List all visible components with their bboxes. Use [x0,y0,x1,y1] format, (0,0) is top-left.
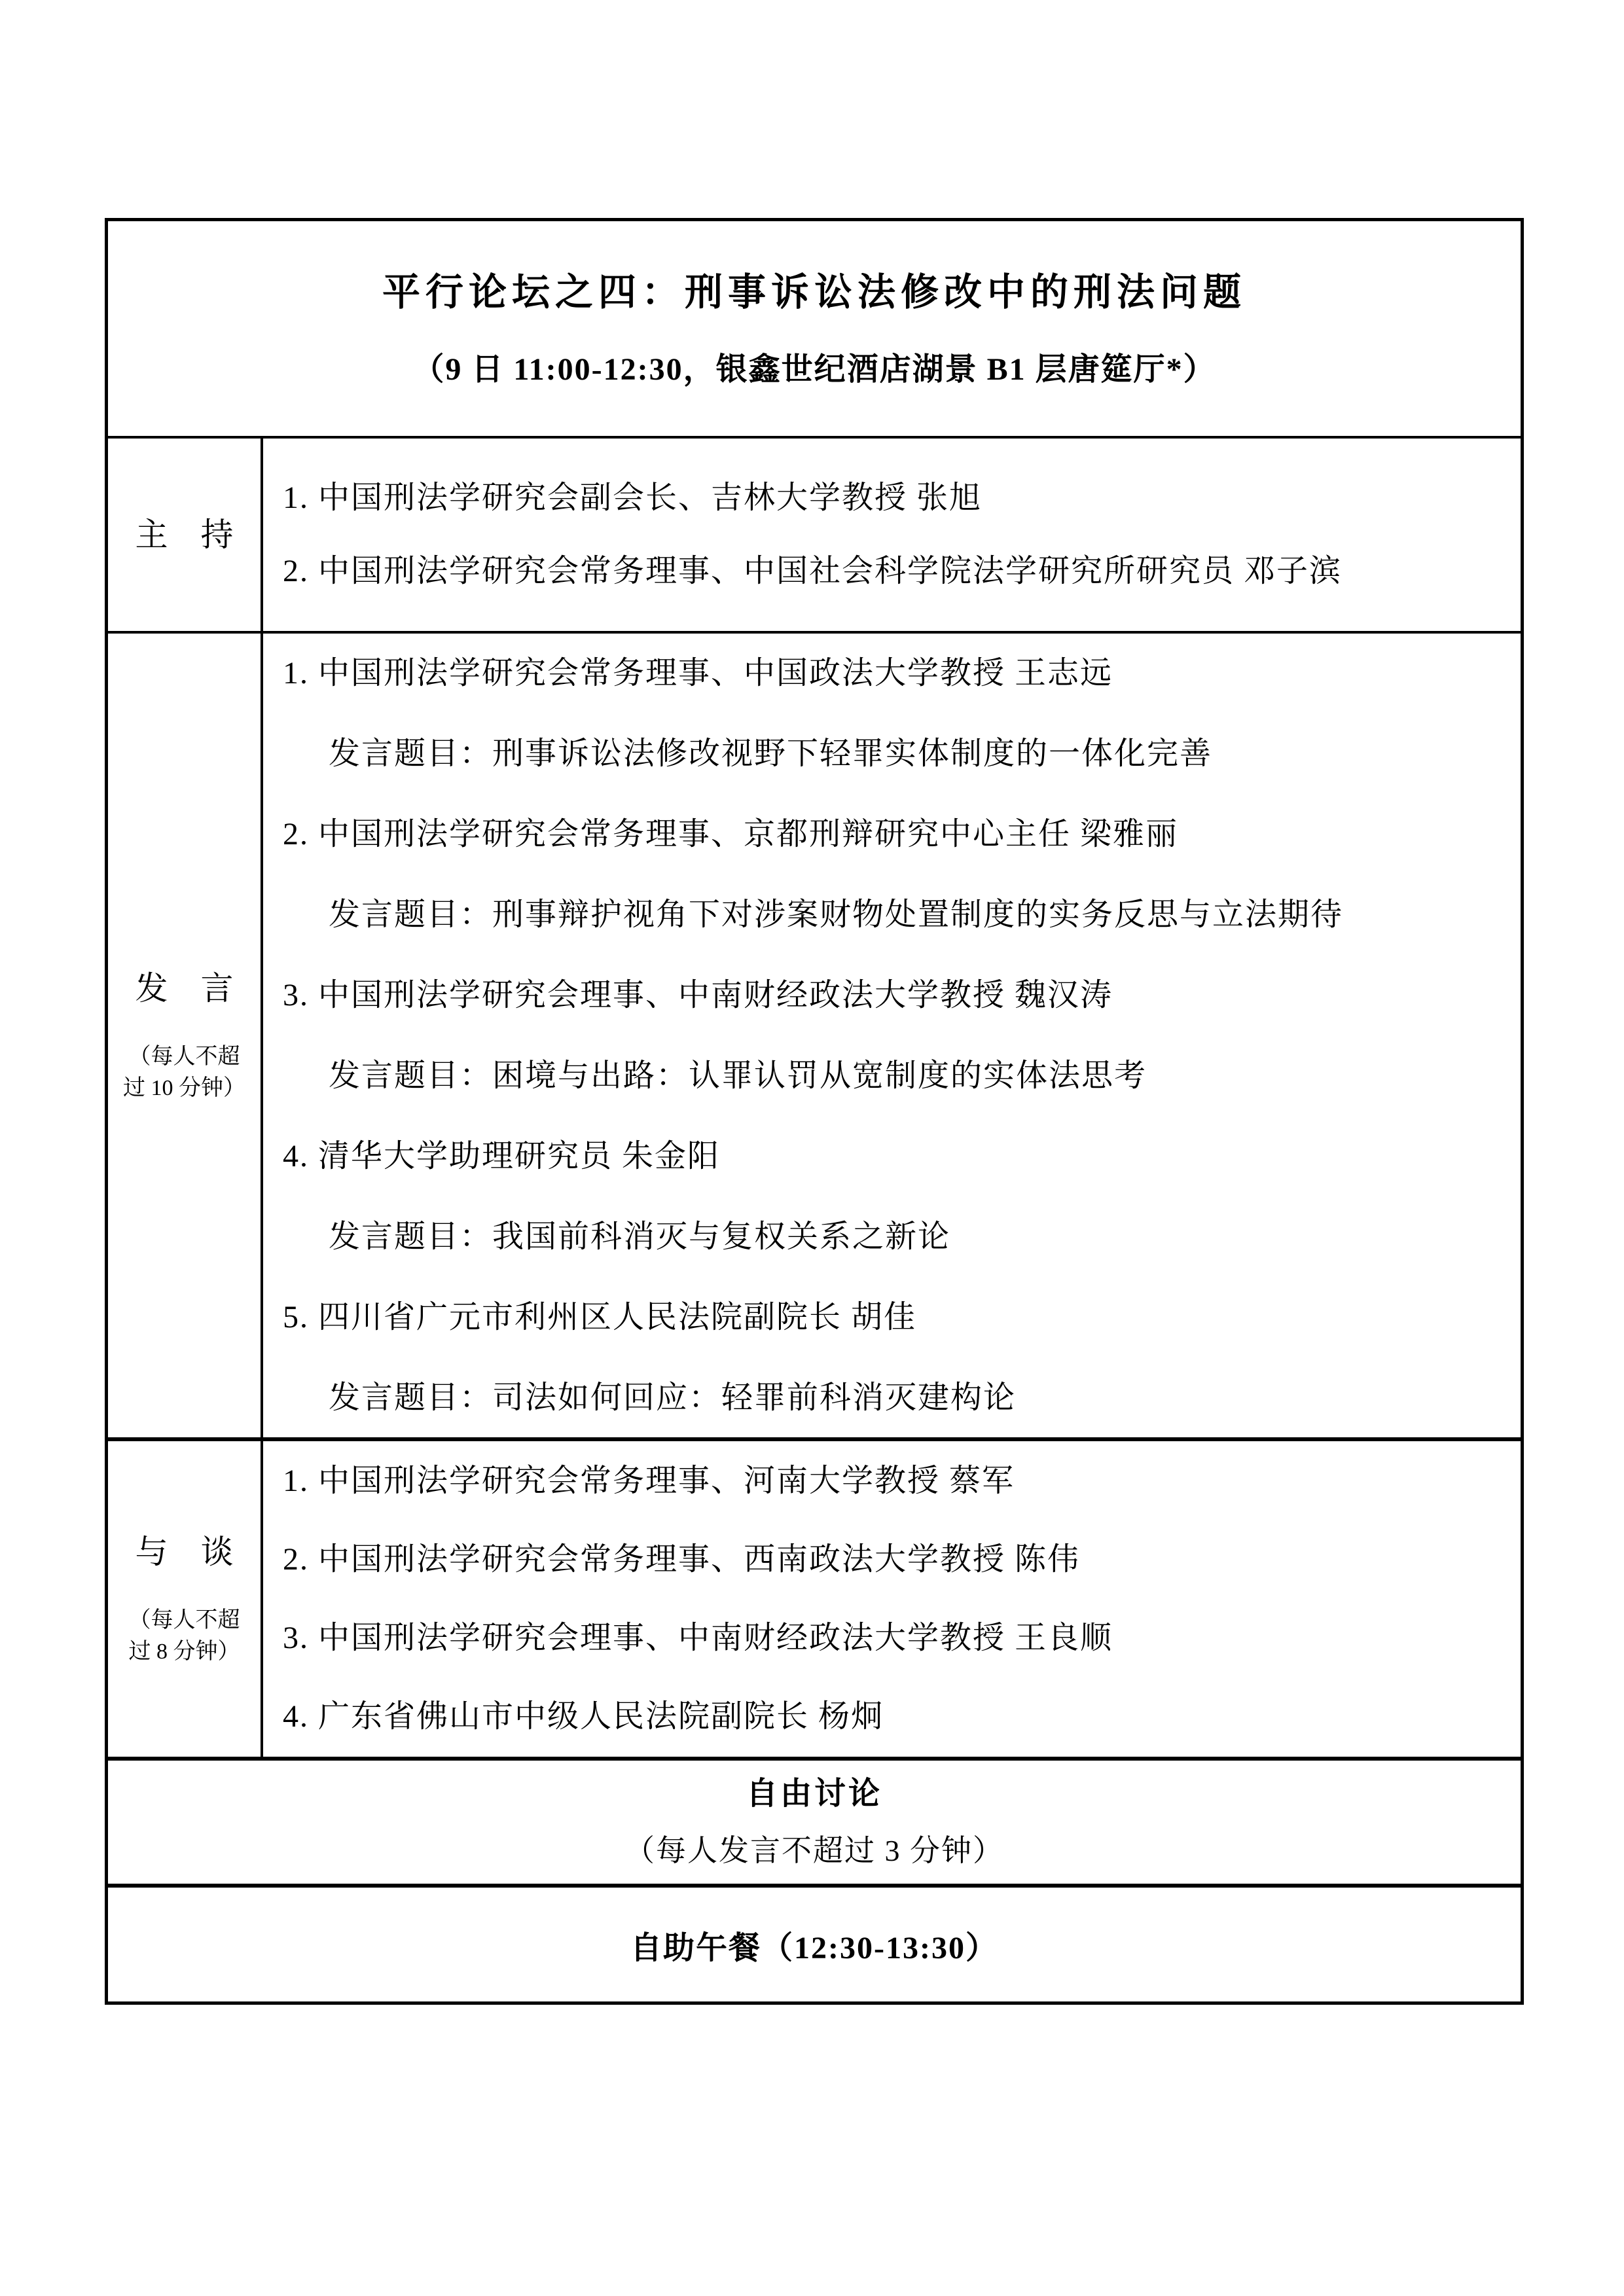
speech-speaker: 5. 四川省广元市利州区人民法院副院长 胡佳 [263,1277,1521,1357]
talk-content-cell: 1. 中国刑法学研究会常务理事、河南大学教授 蔡军 2. 中国刑法学研究会常务理… [263,1437,1521,1757]
speech-topic: 发言题目：刑事诉讼法修改视野下轻罪实体制度的一体化完善 [263,713,1521,794]
talk-item: 3. 中国刑法学研究会理事、中南财经政法大学教授 王良顺 [263,1599,1521,1677]
speech-topic: 发言题目：司法如何回应：轻罪前科消灭建构论 [263,1357,1521,1437]
discussion-title: 自由讨论 [746,1774,882,1814]
forum-subtitle: （9 日 11:00-12:30，银鑫世纪酒店湖景 B1 层唐筵厅*） [412,349,1216,391]
talk-item: 1. 中国刑法学研究会常务理事、河南大学教授 蔡军 [263,1442,1521,1520]
speech-speaker: 1. 中国刑法学研究会常务理事、中国政法大学教授 王志远 [263,633,1521,713]
page: 平行论坛之四：刑事诉讼法修改中的刑法问题 （9 日 11:00-12:30，银鑫… [0,0,1624,2296]
speech-speaker: 4. 清华大学助理研究员 朱金阳 [263,1116,1521,1196]
speech-time-note-line: 过 10 分钟） [123,1073,245,1104]
forum-title: 平行论坛之四：刑事诉讼法修改中的刑法问题 [382,266,1246,319]
talk-item: 2. 中国刑法学研究会常务理事、西南政法大学教授 陈伟 [263,1520,1521,1599]
speech-content-cell: 1. 中国刑法学研究会常务理事、中国政法大学教授 王志远 发言题目：刑事诉讼法修… [263,631,1521,1437]
speech-time-note: （每人不超 过 10 分钟） [123,1041,245,1104]
speech-topic: 发言题目：我国前科消灭与复权关系之新论 [263,1196,1521,1277]
speech-label-cell: 发 言 （每人不超 过 10 分钟） [108,631,263,1437]
talk-item: 4. 广东省佛山市中级人民法院副院长 杨炯 [263,1677,1521,1756]
speech-speaker: 3. 中国刑法学研究会理事、中南财经政法大学教授 魏汉涛 [263,955,1521,1035]
speech-time-note-line: （每人不超 [123,1041,245,1073]
host-item: 1. 中国刑法学研究会副会长、吉林大学教授 张旭 [263,461,1521,535]
host-label-cell: 主 持 [108,436,263,631]
discussion-note: （每人发言不超过 3 分钟） [624,1832,1004,1870]
schedule-table: 平行论坛之四：刑事诉讼法修改中的刑法问题 （9 日 11:00-12:30，银鑫… [105,218,1524,2005]
speech-label: 发 言 [135,967,234,1010]
title-row: 平行论坛之四：刑事诉讼法修改中的刑法问题 （9 日 11:00-12:30，银鑫… [108,221,1521,436]
talk-time-note-line: （每人不超 [129,1605,240,1636]
discussion-row: 自由讨论 （每人发言不超过 3 分钟） [108,1757,1521,1884]
talk-label: 与 谈 [135,1530,234,1573]
lunch-text: 自助午餐（12:30-13:30） [630,1922,998,1967]
host-item: 2. 中国刑法学研究会常务理事、中国社会科学院法学研究所研究员 邓子滨 [263,535,1521,608]
talk-label-cell: 与 谈 （每人不超 过 8 分钟） [108,1437,263,1757]
host-content-cell: 1. 中国刑法学研究会副会长、吉林大学教授 张旭 2. 中国刑法学研究会常务理事… [263,436,1521,631]
talk-time-note-line: 过 8 分钟） [129,1636,240,1668]
speech-speaker: 2. 中国刑法学研究会常务理事、京都刑辩研究中心主任 梁雅丽 [263,794,1521,874]
host-label: 主 持 [135,513,234,556]
lunch-row: 自助午餐（12:30-13:30） [108,1884,1521,2001]
speech-topic: 发言题目：困境与出路：认罪认罚从宽制度的实体法思考 [263,1035,1521,1116]
speech-topic: 发言题目：刑事辩护视角下对涉案财物处置制度的实务反思与立法期待 [263,874,1521,955]
talk-time-note: （每人不超 过 8 分钟） [129,1605,240,1668]
